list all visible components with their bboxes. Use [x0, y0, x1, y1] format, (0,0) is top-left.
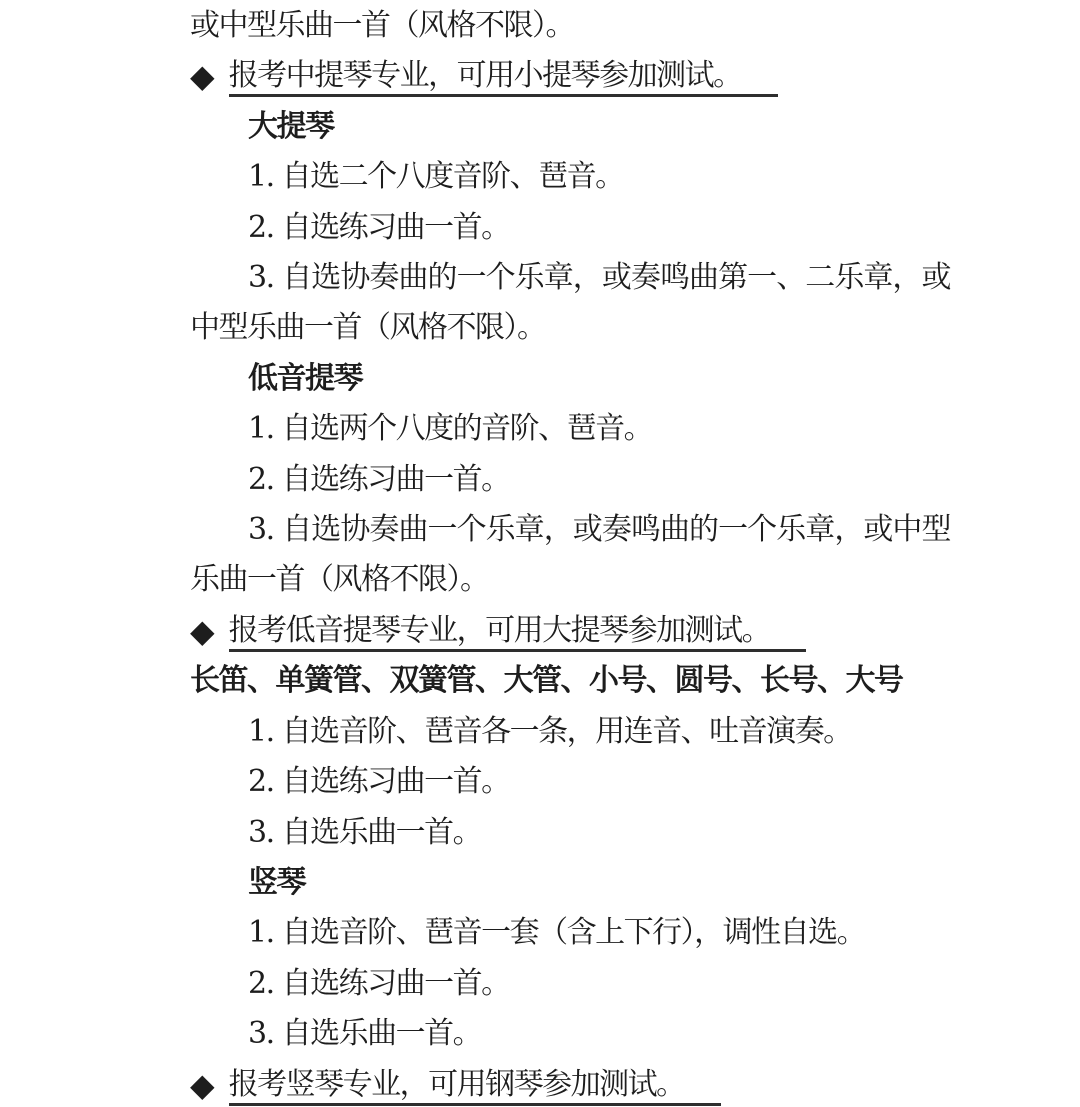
requirement-item: 1. 自选二个八度音阶、琶音。 — [190, 152, 950, 202]
document-page: 或中型乐曲一首（风格不限）。◆报考中提琴专业，可用小提琴参加测试。大提琴1. 自… — [0, 0, 1080, 1107]
instruments-group-heading: 长笛、单簧管、双簧管、大管、小号、圆号、长号、大号 — [190, 656, 950, 706]
requirement-item: 2. 自选练习曲一首。 — [190, 203, 950, 253]
note-bullet-line: ◆报考竖琴专业，可用钢琴参加测试。 — [190, 1060, 950, 1107]
note-underlined-text: 报考低音提琴专业，可用大提琴参加测试。 — [229, 613, 807, 652]
note-bullet-line: ◆报考中提琴专业，可用小提琴参加测试。 — [190, 51, 950, 101]
requirement-item: 1. 自选音阶、琶音各一条，用连音、吐音演奏。 — [190, 707, 950, 757]
requirement-item: 2. 自选练习曲一首。 — [190, 757, 950, 807]
note-bullet-line: ◆报考低音提琴专业，可用大提琴参加测试。 — [190, 606, 950, 656]
diamond-bullet-icon: ◆ — [190, 1060, 215, 1107]
note-underlined-text: 报考竖琴专业，可用钢琴参加测试。 — [229, 1067, 721, 1106]
requirement-item: 3. 自选协奏曲的一个乐章，或奏鸣曲第一、二乐章，或中型乐曲一首（风格不限）。 — [190, 253, 950, 354]
requirement-item: 2. 自选练习曲一首。 — [190, 959, 950, 1009]
diamond-bullet-icon: ◆ — [190, 606, 215, 656]
instrument-heading: 低音提琴 — [190, 354, 950, 404]
instrument-heading: 大提琴 — [190, 102, 950, 152]
requirement-item: 3. 自选乐曲一首。 — [190, 1009, 950, 1059]
requirement-item: 1. 自选音阶、琶音一套（含上下行），调性自选。 — [190, 908, 950, 958]
diamond-bullet-icon: ◆ — [190, 51, 215, 101]
requirement-item: 3. 自选协奏曲一个乐章，或奏鸣曲的一个乐章，或中型乐曲一首（风格不限）。 — [190, 505, 950, 606]
paragraph-continuation-line: 或中型乐曲一首（风格不限）。 — [190, 1, 950, 51]
requirement-item: 1. 自选两个八度的音阶、琶音。 — [190, 404, 950, 454]
note-underlined-text: 报考中提琴专业，可用小提琴参加测试。 — [229, 58, 778, 97]
requirement-item: 3. 自选乐曲一首。 — [190, 808, 950, 858]
instrument-heading: 竖琴 — [190, 858, 950, 908]
requirement-item: 2. 自选练习曲一首。 — [190, 455, 950, 505]
